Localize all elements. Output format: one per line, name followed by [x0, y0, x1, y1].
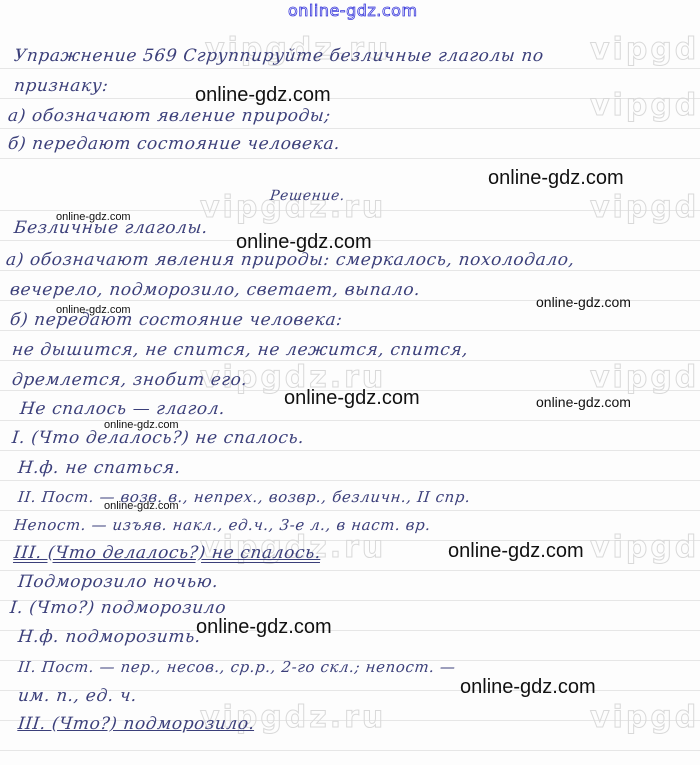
background-watermark: vipgdz.ru	[590, 360, 700, 395]
solution-line-12: III. (Что делалось?) не спалось.	[13, 543, 322, 563]
overlay-watermark: online-gdz.com	[56, 304, 131, 316]
ruled-line	[0, 128, 700, 129]
solution-line-16: II. Пост. — пер., несов., ср.р., 2-го ск…	[17, 658, 457, 676]
solution-line-13: Подморозило ночью.	[17, 572, 220, 592]
overlay-watermark: online-gdz.com	[104, 500, 179, 512]
background-watermark: vipgdz.ru	[590, 530, 700, 565]
background-watermark: vipgdz.ru	[590, 700, 700, 735]
task-line-1: Упражнение 569 Сгруппируйте безличные гл…	[13, 46, 545, 66]
solution-line-3: вечерело, подморозило, светает, выпало.	[9, 280, 421, 300]
background-watermark: vipgdz.ru	[590, 190, 700, 225]
ruled-line	[0, 158, 700, 159]
overlay-watermark: online-gdz.com	[236, 231, 372, 254]
solution-title: Решение.	[269, 188, 346, 204]
overlay-watermark: online-gdz.com	[284, 387, 420, 410]
task-line-3: а) обозначают явление природы;	[7, 106, 332, 126]
overlay-watermark: online-gdz.com	[195, 84, 331, 107]
solution-line-5: не дышится, не спится, не лежится, спитс…	[11, 340, 469, 360]
ruled-line	[0, 270, 700, 271]
solution-line-8: I. (Что делалось?) не спалось.	[11, 428, 305, 448]
overlay-watermark: online-gdz.com	[536, 394, 631, 410]
solution-line-15: Н.ф. подморозить.	[17, 627, 202, 647]
solution-line-6: дремлется, знобит его.	[11, 370, 249, 390]
solution-line-18: III. (Что?) подморозило.	[17, 714, 256, 734]
solution-line-10: II. Пост. — возв. в., непрех., возвр., б…	[17, 488, 471, 506]
scanned-notebook-page: vipgdz.ru vipgdz.ru vipgdz.ru vipgdz.ru …	[0, 0, 700, 765]
overlay-watermark: online-gdz.com	[460, 676, 596, 699]
solution-line-14: I. (Что?) подморозило	[9, 598, 227, 618]
background-watermark: vipgdz.ru	[590, 32, 700, 67]
background-watermark: vipgdz.ru	[590, 88, 700, 123]
solution-line-12-text: III. (Что делалось?) не спалось.	[13, 543, 322, 563]
ruled-line	[0, 68, 700, 69]
ruled-line	[0, 450, 700, 451]
ruled-line	[0, 750, 700, 751]
overlay-watermark: online-gdz.com	[488, 167, 624, 190]
overlay-watermark: online-gdz.com	[56, 211, 131, 223]
ruled-line	[0, 570, 700, 571]
solution-line-18-text: III. (Что?) подморозило.	[17, 714, 256, 734]
task-line-2: признаку:	[13, 76, 110, 96]
solution-line-9: Н.ф. не спаться.	[17, 458, 182, 478]
solution-line-17: им. п., ед. ч.	[17, 686, 138, 706]
solution-line-7: Не спалось — глагол.	[19, 399, 226, 419]
overlay-watermark: online-gdz.com	[448, 540, 584, 563]
overlay-watermark: online-gdz.com	[104, 419, 179, 431]
overlay-watermark: online-gdz.com	[536, 294, 631, 310]
ruled-line	[0, 480, 700, 481]
task-line-4: б) передают состояние человека.	[7, 134, 341, 154]
ruled-line	[0, 330, 700, 331]
header-watermark: online-gdz.com	[288, 1, 418, 20]
solution-line-11: Непост. — изъяв. накл., ед.ч., 3-е л., в…	[13, 516, 432, 534]
overlay-watermark: online-gdz.com	[196, 616, 332, 639]
